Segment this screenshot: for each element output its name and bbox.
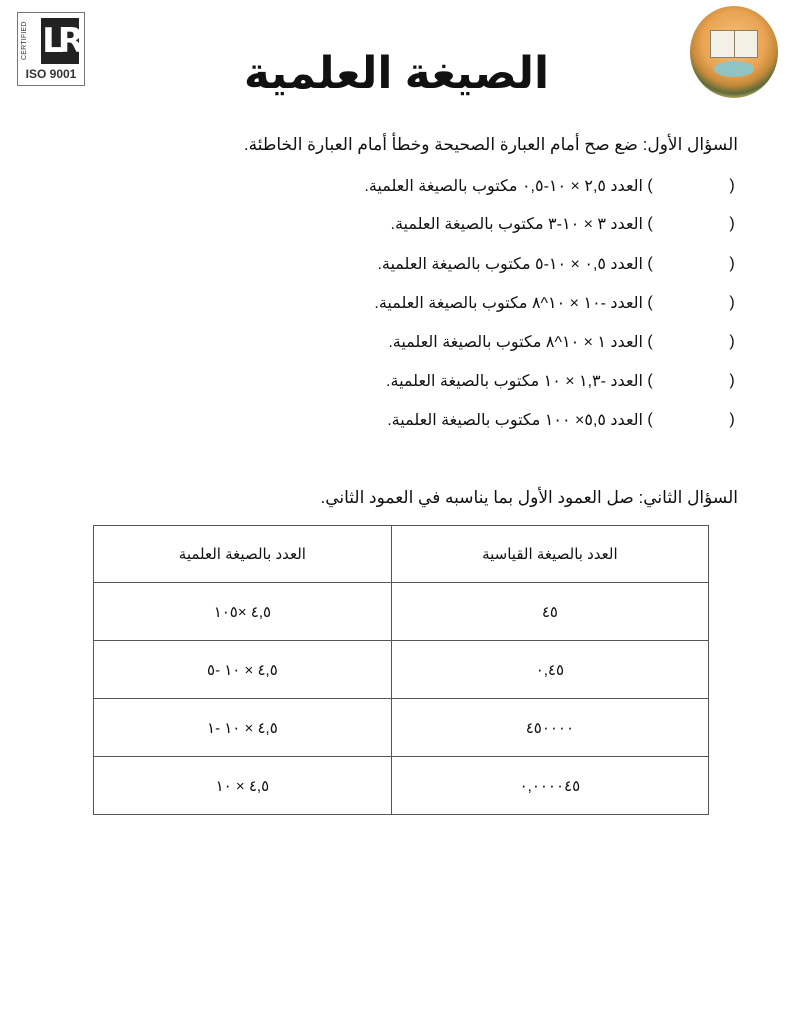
scientific-form-cell[interactable]: ٤,٥ ×١٠٥ [94, 583, 392, 641]
page-title: الصيغة العلمية [0, 48, 793, 99]
answer-paren-open: ( [721, 177, 743, 195]
statement-text: العدد ٠,٥ × ١٠-٥ مكتوب بالصيغة العلمية. [377, 254, 643, 274]
statement-text: العدد ١ × ١٠^٨ مكتوب بالصيغة العلمية. [388, 332, 643, 352]
answer-paren-close: ) [643, 372, 657, 390]
column-header-scientific: العدد بالصيغة العلمية [94, 526, 392, 583]
answer-paren-open: ( [721, 215, 743, 233]
statement-row: ( ) العدد -١٠ × ١٠^٨ مكتوب بالصيغة العلم… [374, 293, 743, 313]
answer-paren-open: ( [721, 255, 743, 273]
statement-text: العدد ٢,٥ × ١٠-٠,٥ مكتوب بالصيغة العلمية… [364, 176, 643, 196]
statement-row: ( ) العدد ١ × ١٠^٨ مكتوب بالصيغة العلمية… [388, 332, 743, 352]
answer-paren-open: ( [721, 333, 743, 351]
answer-paren-close: ) [643, 177, 657, 195]
answer-paren-close: ) [643, 333, 657, 351]
statement-row: ( ) العدد ٣ × ١٠-٣ مكتوب بالصيغة العلمية… [391, 214, 744, 234]
table-row: ٠,٠٠٠٠٤٥ ٤,٥ × ١٠ [94, 757, 709, 815]
matching-table: العدد بالصيغة القياسية العدد بالصيغة الع… [93, 525, 709, 815]
standard-form-cell[interactable]: ٤٥٠٠٠٠ [391, 699, 708, 757]
statement-text: العدد -١٠ × ١٠^٨ مكتوب بالصيغة العلمية. [374, 293, 643, 313]
question1-heading: السؤال الأول: ضع صح أمام العبارة الصحيحة… [244, 135, 738, 155]
column-header-standard: العدد بالصيغة القياسية [391, 526, 708, 583]
statement-row: ( ) العدد ٠,٥ × ١٠-٥ مكتوب بالصيغة العلم… [377, 254, 743, 274]
table-row: ٤٥ ٤,٥ ×١٠٥ [94, 583, 709, 641]
answer-paren-open: ( [721, 411, 743, 429]
question2-heading: السؤال الثاني: صل العمود الأول بما يناسب… [320, 488, 738, 508]
answer-paren-open: ( [721, 294, 743, 312]
answer-paren-close: ) [643, 255, 657, 273]
statement-text: العدد -١,٣ × ١٠ مكتوب بالصيغة العلمية. [386, 371, 643, 391]
standard-form-cell[interactable]: ٤٥ [391, 583, 708, 641]
scientific-form-cell[interactable]: ٤,٥ × ١٠ -١ [94, 699, 392, 757]
answer-paren-close: ) [643, 411, 657, 429]
scientific-form-cell[interactable]: ٤,٥ × ١٠ -٥ [94, 641, 392, 699]
standard-form-cell[interactable]: ٠,٤٥ [391, 641, 708, 699]
answer-paren-close: ) [643, 215, 657, 233]
scientific-form-cell[interactable]: ٤,٥ × ١٠ [94, 757, 392, 815]
statement-row: ( ) العدد ٥,٥× ١٠٠ مكتوب بالصيغة العلمية… [387, 410, 743, 430]
statement-text: العدد ٣ × ١٠-٣ مكتوب بالصيغة العلمية. [391, 214, 644, 234]
standard-form-cell[interactable]: ٠,٠٠٠٠٤٥ [391, 757, 708, 815]
answer-paren-open: ( [721, 372, 743, 390]
answer-paren-close: ) [643, 294, 657, 312]
table-header-row: العدد بالصيغة القياسية العدد بالصيغة الع… [94, 526, 709, 583]
statement-text: العدد ٥,٥× ١٠٠ مكتوب بالصيغة العلمية. [387, 410, 643, 430]
table-row: ٠,٤٥ ٤,٥ × ١٠ -٥ [94, 641, 709, 699]
statement-row: ( ) العدد -١,٣ × ١٠ مكتوب بالصيغة العلمي… [386, 371, 743, 391]
table-row: ٤٥٠٠٠٠ ٤,٥ × ١٠ -١ [94, 699, 709, 757]
statement-row: ( ) العدد ٢,٥ × ١٠-٠,٥ مكتوب بالصيغة الع… [364, 176, 743, 196]
